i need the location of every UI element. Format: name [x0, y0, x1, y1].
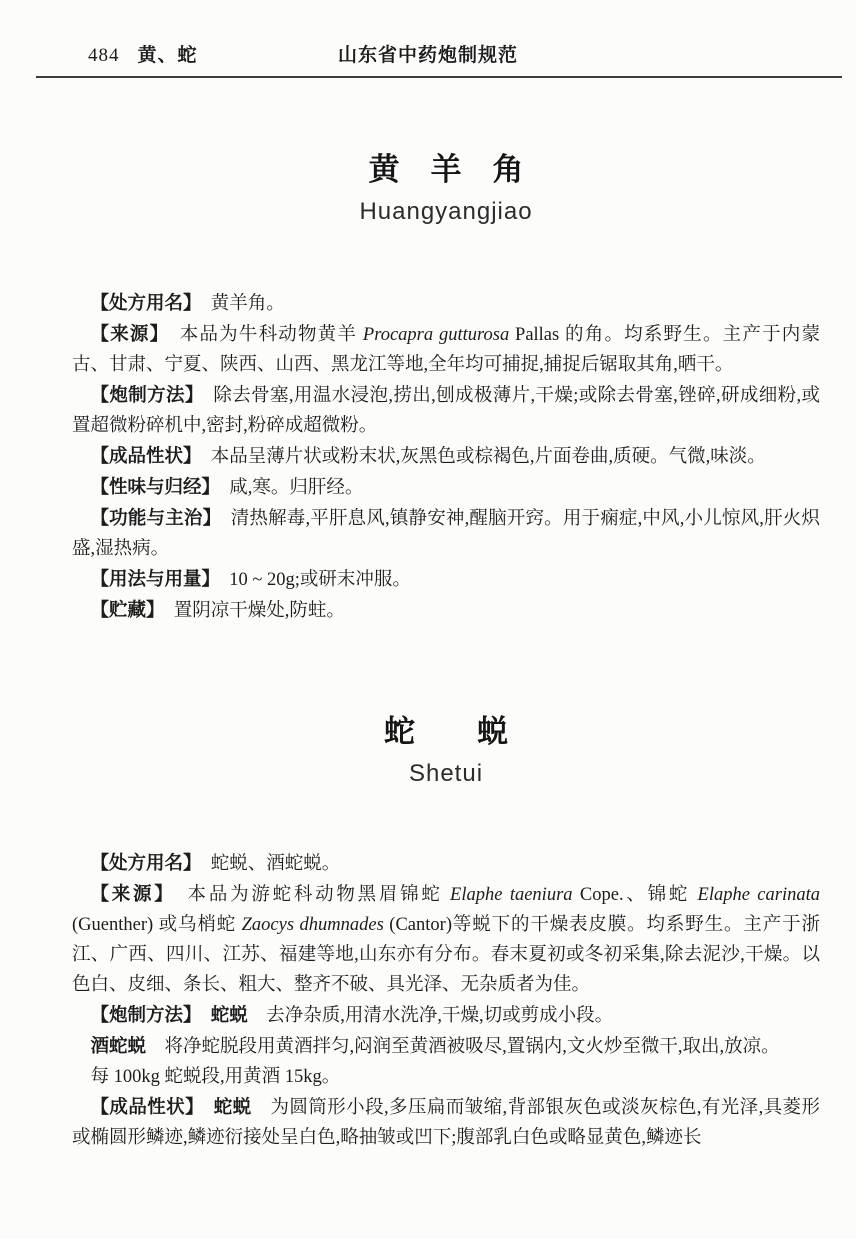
text-run: 【来源】 [91, 883, 167, 904]
text-run: 蛇蜕 [211, 1004, 248, 1025]
text-run: 置阴凉干燥处,防蛀。 [155, 601, 345, 621]
text-run: 本品呈薄片状或粉末状,灰黑色或棕褐色,片面卷曲,质硬。气微,味淡。 [192, 447, 766, 467]
text-run: 【炮制方法】 [91, 384, 195, 405]
text-run: Elaphe carinata [698, 885, 820, 905]
text-run [195, 1098, 214, 1118]
paragraph: 【成品性状】 本品呈薄片状或粉末状,灰黑色或棕褐色,片面卷曲,质硬。气微,味淡。 [72, 441, 820, 472]
entry-title: 黄 羊 角 [72, 150, 820, 190]
paragraph: 【处方用名】 蛇蜕、酒蛇蜕。 [72, 848, 820, 879]
paragraph: 【炮制方法】 蛇蜕 去净杂质,用清水洗净,干燥,切或剪成小段。 [72, 1000, 820, 1031]
paragraph: 【用法与用量】 10 ~ 20g;或研末冲服。 [72, 564, 820, 595]
text-run: 【处方用名】 [91, 292, 193, 313]
paragraph: 【功能与主治】 清热解毒,平肝息风,镇静安神,醒脑开窍。用于痫症,中风,小儿惊风… [72, 503, 820, 564]
text-run: 【来源】 [91, 323, 161, 344]
text-run [192, 1006, 211, 1026]
monograph-huangyangjiao: 黄 羊 角 Huangyangjiao 【处方用名】 黄羊角。【来源】 本品为牛… [72, 150, 820, 626]
text-run: 10 ~ 20g;或研末冲服。 [211, 570, 411, 590]
text-run: 本品为牛科动物黄羊 [160, 325, 363, 345]
text-run: 【处方用名】 [91, 852, 193, 873]
entry-pinyin: Huangyangjiao [72, 198, 820, 226]
entry-body: 【处方用名】 黄羊角。【来源】 本品为牛科动物黄羊 Procapra guttu… [72, 288, 820, 626]
text-run: 【性味与归经】 [91, 476, 211, 497]
paragraph: 【来源】 本品为牛科动物黄羊 Procapra gutturosa Pallas… [72, 319, 820, 380]
text-run: 黄羊角。 [192, 294, 285, 314]
text-run: (Guenther) 或乌梢蛇 [72, 915, 242, 935]
text-run: Zaocys dhumnades [242, 915, 384, 935]
text-run: 每 100kg 蛇蜕段,用黄酒 15kg。 [91, 1067, 341, 1087]
entry-title: 蛇 蜕 [72, 712, 820, 752]
text-run: 蛇蜕 [214, 1096, 252, 1117]
paragraph: 【成品性状】 蛇蜕 为圆筒形小段,多压扁而皱缩,背部银灰色或淡灰棕色,有光泽,具… [72, 1092, 820, 1153]
text-run: Cope.、锦蛇 [573, 885, 698, 905]
paragraph: 【处方用名】 黄羊角。 [72, 288, 820, 319]
text-run: Procapra gutturosa [363, 325, 509, 345]
paragraph: 【炮制方法】 除去骨塞,用温水浸泡,捞出,刨成极薄片,干燥;或除去骨塞,锉碎,研… [72, 380, 820, 441]
text-run: 将净蛇脱段用黄酒拌匀,闷润至黄酒被吸尽,置锅内,文火炒至微干,取出,放凉。 [146, 1037, 780, 1057]
book-title: 山东省中药炮制规范 [0, 44, 856, 68]
entry-body: 【处方用名】 蛇蜕、酒蛇蜕。【来源】 本品为游蛇科动物黑眉锦蛇 Elaphe t… [72, 848, 820, 1153]
header-divider [36, 76, 842, 78]
text-run: 【贮藏】 [91, 599, 156, 620]
paragraph: 酒蛇蜕 将净蛇脱段用黄酒拌匀,闷润至黄酒被吸尽,置锅内,文火炒至微干,取出,放凉… [72, 1031, 820, 1062]
document-page: 484黄、蛇 山东省中药炮制规范 黄 羊 角 Huangyangjiao 【处方… [0, 0, 856, 1239]
entry-pinyin: Shetui [72, 760, 820, 788]
text-run: 去净杂质,用清水洗净,干燥,切或剪成小段。 [248, 1006, 613, 1026]
text-run: 【功能与主治】 [91, 507, 213, 528]
text-run: 本品为游蛇科动物黑眉锦蛇 [166, 885, 450, 905]
text-run: 【成品性状】 [91, 445, 193, 466]
text-run: 咸,寒。归肝经。 [211, 478, 364, 498]
text-run: 蛇蜕、酒蛇蜕。 [192, 854, 340, 874]
text-run: 【炮制方法】 [91, 1004, 193, 1025]
text-run: Elaphe taeniura [450, 885, 572, 905]
text-run: 酒蛇蜕 [91, 1035, 147, 1056]
paragraph: 【贮藏】 置阴凉干燥处,防蛀。 [72, 595, 820, 626]
monograph-shetui: 蛇 蜕 Shetui 【处方用名】 蛇蜕、酒蛇蜕。【来源】 本品为游蛇科动物黑眉… [72, 712, 820, 1153]
paragraph: 【性味与归经】 咸,寒。归肝经。 [72, 472, 820, 503]
text-run: 【用法与用量】 [91, 568, 211, 589]
paragraph: 每 100kg 蛇蜕段,用黄酒 15kg。 [72, 1062, 820, 1092]
paragraph: 【来源】 本品为游蛇科动物黑眉锦蛇 Elaphe taeniura Cope.、… [72, 879, 820, 1000]
text-run: 【成品性状】 [91, 1096, 195, 1117]
